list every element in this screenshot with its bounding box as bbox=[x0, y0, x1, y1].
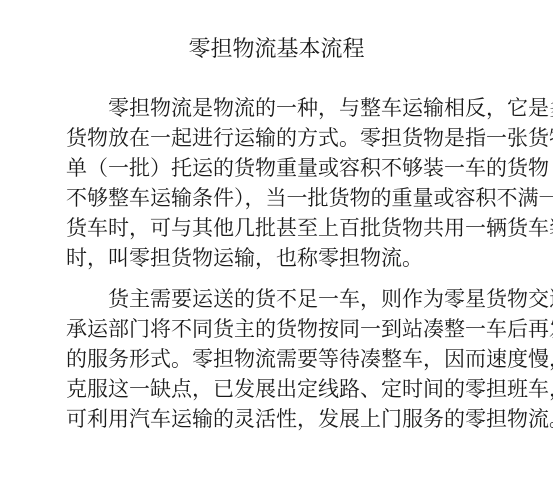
paragraph-line: 货主需要运送的货不足一车，则作为零星货物交运， bbox=[66, 284, 496, 314]
paragraph-line: 时，叫零担货物运输，也称零担物流。 bbox=[66, 243, 496, 273]
paragraph-line: 的服务形式。零担物流需要等待凑整车，因而速度慢， 为 bbox=[66, 344, 496, 374]
paragraph-2: 货主需要运送的货不足一车，则作为零星货物交运， 承运部门将不同货主的货物按同一到… bbox=[66, 284, 496, 434]
paragraph-line: 承运部门将不同货主的货物按同一到站凑整一车后再发 运 bbox=[66, 314, 496, 344]
paragraph-1: 零担物流是物流的一种，与整车运输相反，它是多种 货物放在一起进行运输的方式。零担… bbox=[66, 93, 496, 273]
paragraph-line: 不够整车运输条件），当一批货物的重量或容积不满一辆 bbox=[66, 183, 496, 213]
paragraph-line: 货车时，可与其他几批甚至上百批货物共用一辆货车装运 bbox=[66, 213, 496, 243]
paragraph-line: 零担物流是物流的一种，与整车运输相反，它是多种 bbox=[66, 93, 496, 123]
paragraph-line: 单（一批）托运的货物重量或容积不够装一车的货物（即 bbox=[66, 153, 496, 183]
paragraph-line: 可利用汽车运输的灵活性，发展上门服务的零担物流。 bbox=[66, 404, 496, 434]
document-title: 零担物流基本流程 bbox=[0, 35, 553, 65]
paragraph-line: 货物放在一起进行运输的方式。零担货物是指一张货物运 bbox=[66, 123, 496, 153]
paragraph-line: 克服这一缺点，已发展出定线路、定时间的零担班车， 也 bbox=[66, 374, 496, 404]
